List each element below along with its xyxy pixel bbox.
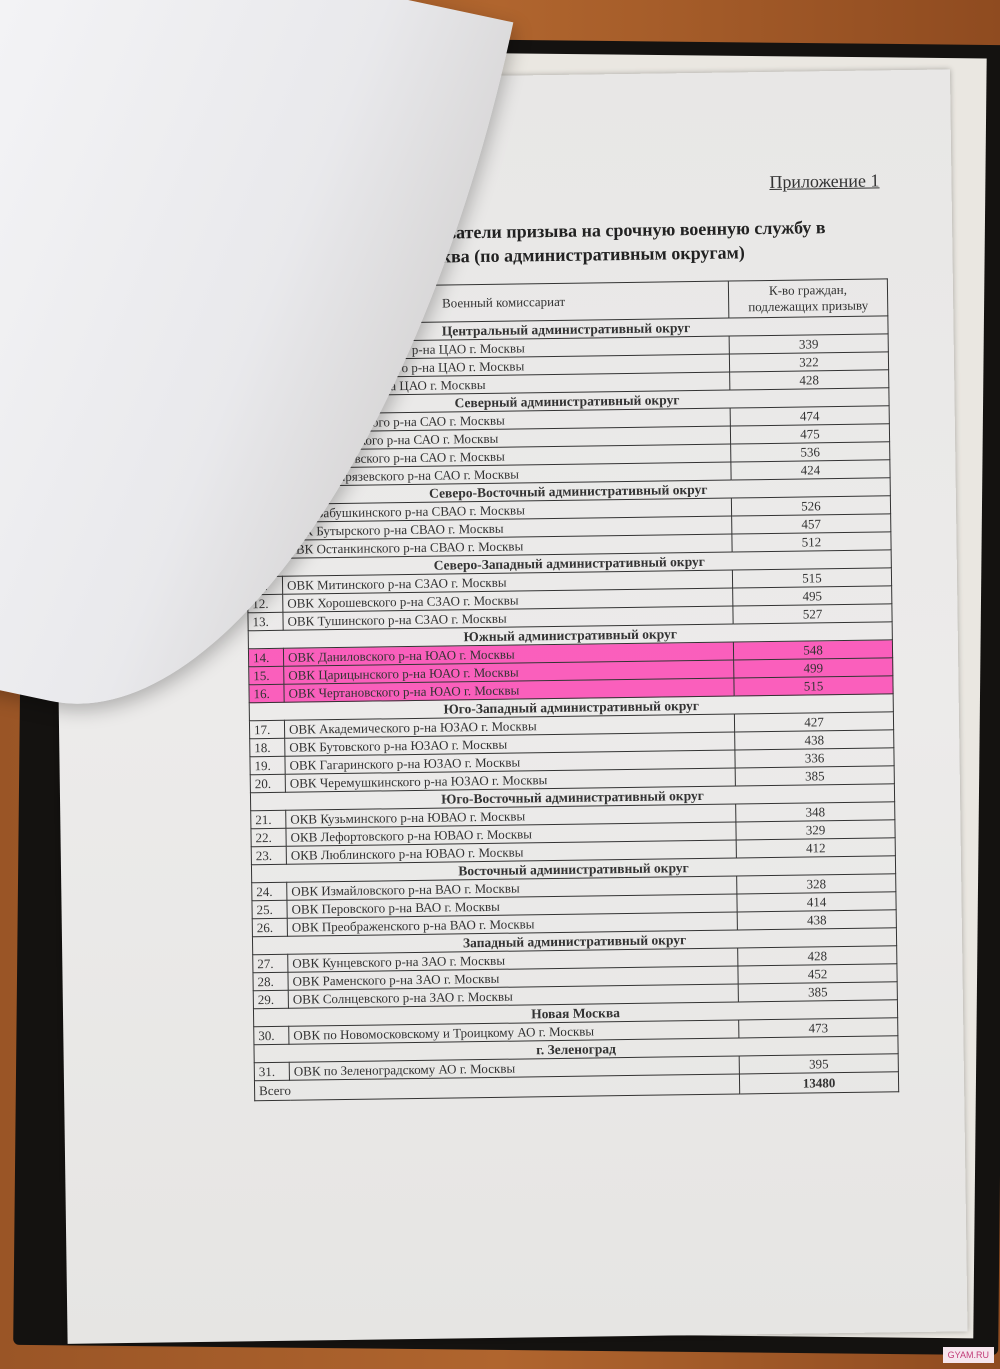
row-number: 24. (252, 882, 287, 900)
row-count: 512 (732, 532, 891, 552)
row-count: 328 (737, 874, 896, 894)
row-number: 14. (248, 648, 283, 666)
row-count: 322 (729, 352, 888, 372)
row-number: 17. (249, 720, 284, 738)
row-count: 515 (732, 568, 891, 588)
row-count: 526 (731, 496, 890, 516)
watermark: GYAM.RU (943, 1347, 994, 1363)
row-count: 473 (739, 1018, 898, 1038)
row-count: 527 (733, 604, 892, 624)
row-count: 452 (738, 964, 897, 984)
row-number: 31. (254, 1062, 289, 1080)
row-count: 548 (733, 640, 892, 660)
row-number: 27. (253, 954, 288, 972)
row-number: 29. (253, 990, 288, 1008)
row-count: 499 (734, 658, 893, 678)
row-count: 475 (730, 424, 889, 444)
row-number: 23. (251, 846, 286, 864)
total-value: 13480 (739, 1072, 898, 1094)
row-count: 329 (736, 820, 895, 840)
appendix-label: Приложение 1 (769, 170, 879, 193)
row-number: 25. (252, 900, 287, 918)
row-number: 21. (251, 810, 286, 828)
row-count: 395 (739, 1054, 898, 1074)
row-count: 339 (729, 334, 888, 354)
row-count: 385 (735, 766, 894, 786)
row-count: 424 (731, 460, 890, 480)
row-number: 26. (252, 918, 287, 936)
row-count: 427 (734, 712, 893, 732)
row-count: 515 (734, 676, 893, 696)
row-number: 16. (249, 684, 284, 702)
row-count: 536 (731, 442, 890, 462)
row-number: 30. (254, 1026, 289, 1044)
row-count: 412 (736, 838, 895, 858)
row-number: 18. (250, 738, 285, 756)
row-number: 13. (248, 612, 283, 630)
row-number: 19. (250, 756, 285, 774)
row-count: 428 (730, 370, 889, 390)
row-count: 336 (735, 748, 894, 768)
row-count: 438 (735, 730, 894, 750)
row-count: 495 (733, 586, 892, 606)
row-number: 20. (250, 774, 285, 792)
column-header-count: К-во граждан, подлежащих призыву (728, 279, 888, 318)
row-count: 457 (732, 514, 891, 534)
row-count: 474 (730, 406, 889, 426)
row-count: 385 (738, 982, 897, 1002)
row-count: 348 (736, 802, 895, 822)
row-count: 438 (737, 910, 896, 930)
row-count: 428 (738, 946, 897, 966)
row-count: 414 (737, 892, 896, 912)
row-number: 28. (253, 972, 288, 990)
row-number: 15. (249, 666, 284, 684)
row-number: 22. (251, 828, 286, 846)
